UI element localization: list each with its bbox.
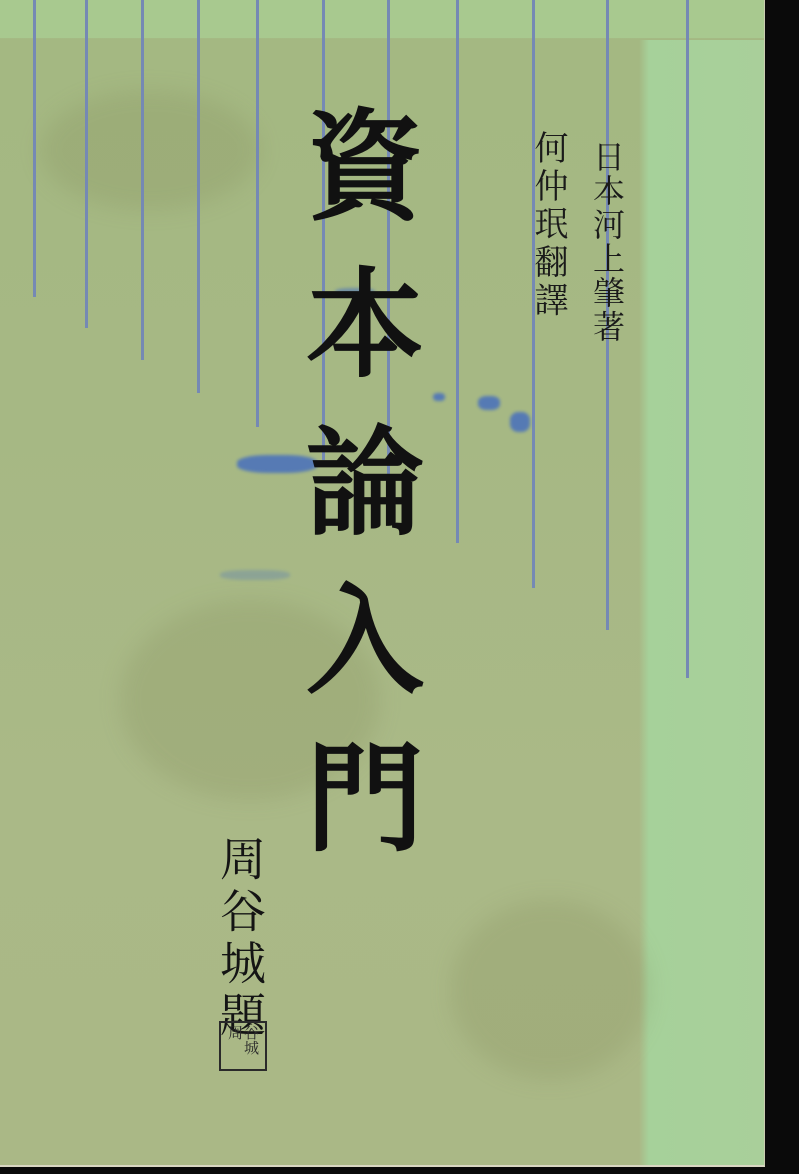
rule-line — [456, 0, 459, 543]
top-faded-band — [0, 0, 764, 38]
rule-line — [197, 0, 200, 393]
title-char: 資 — [306, 88, 424, 246]
right-light-green-band — [639, 40, 764, 1165]
rule-line — [256, 0, 259, 427]
title-char: 入 — [306, 562, 424, 720]
book-title: 資 本 論 入 門 — [300, 88, 430, 878]
translator-credit: 何仲珉翻譯 — [530, 130, 566, 320]
ink-smudge — [510, 412, 530, 432]
rule-line — [85, 0, 88, 328]
stain — [40, 90, 260, 210]
author-credit: 日本河上肇著 — [590, 140, 624, 344]
ink-smudge — [220, 570, 290, 580]
stain — [450, 900, 650, 1080]
rule-line — [686, 0, 689, 678]
ink-smudge — [433, 393, 445, 401]
rule-line — [33, 0, 36, 297]
seal-stamp: 谷城周 — [219, 1021, 267, 1071]
title-char: 論 — [306, 404, 424, 562]
calligraphy-credit: 周谷城題 — [216, 835, 264, 1043]
ink-smudge — [478, 396, 500, 410]
rule-line — [141, 0, 144, 360]
book-cover: 資 本 論 入 門 日本河上肇著 何仲珉翻譯 周谷城題 谷城周 — [0, 0, 765, 1167]
title-char: 門 — [306, 720, 424, 878]
title-char: 本 — [306, 246, 424, 404]
